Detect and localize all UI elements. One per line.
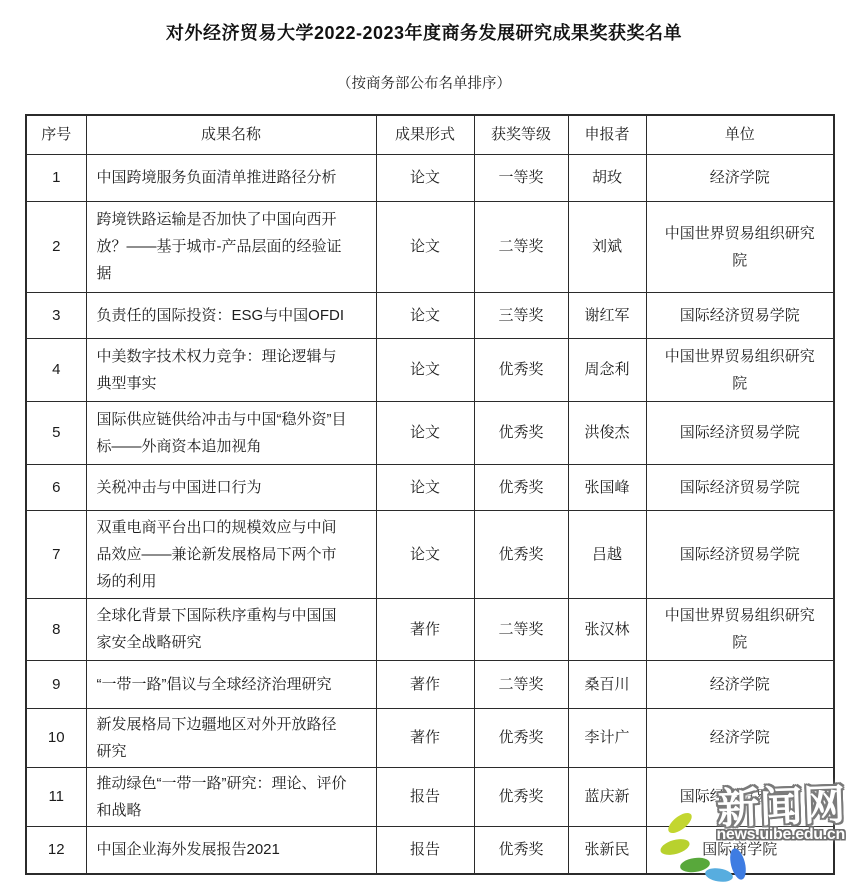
table-row: 1 中国跨境服务负面清单推进路径分析 论文 一等奖 胡玫 经济学院 xyxy=(26,154,834,201)
cell-applicant: 胡玫 xyxy=(568,154,646,201)
header-cell-form: 成果形式 xyxy=(376,115,474,154)
awards-table: 序号 成果名称 成果形式 获奖等级 申报者 单位 1 中国跨境服务负面清单推进路… xyxy=(25,114,835,875)
cell-form: 论文 xyxy=(376,154,474,201)
cell-level: 优秀奖 xyxy=(474,826,568,874)
cell-level: 二等奖 xyxy=(474,598,568,660)
cell-form: 著作 xyxy=(376,708,474,767)
header-cell-unit: 单位 xyxy=(646,115,834,154)
cell-no: 1 xyxy=(26,154,86,201)
header-cell-applicant: 申报者 xyxy=(568,115,646,154)
cell-applicant: 李计广 xyxy=(568,708,646,767)
header-cell-no: 序号 xyxy=(26,115,86,154)
header-cell-name: 成果名称 xyxy=(86,115,376,154)
table-row: 5 国际供应链供给冲击与中国“稳外资”目标——外商资本追加视角 论文 优秀奖 洪… xyxy=(26,401,834,464)
cell-level: 优秀奖 xyxy=(474,767,568,826)
page-title: 对外经济贸易大学2022-2023年度商务发展研究成果奖获奖名单 xyxy=(0,0,848,45)
table-row: 8 全球化背景下国际秩序重构与中国国家安全战略研究 著作 二等奖 张汉林 中国世… xyxy=(26,598,834,660)
cell-name: 推动绿色“一带一路”研究：理论、评价和战略 xyxy=(86,767,376,826)
cell-unit: 中国世界贸易组织研究院 xyxy=(646,598,834,660)
cell-applicant: 张国峰 xyxy=(568,464,646,510)
cell-unit: 国际经济贸易学院 xyxy=(646,510,834,598)
cell-form: 论文 xyxy=(376,338,474,401)
table-row: 10 新发展格局下边疆地区对外开放路径研究 著作 优秀奖 李计广 经济学院 xyxy=(26,708,834,767)
cell-form: 著作 xyxy=(376,660,474,708)
cell-level: 优秀奖 xyxy=(474,708,568,767)
cell-applicant: 谢红军 xyxy=(568,292,646,338)
cell-no: 9 xyxy=(26,660,86,708)
cell-applicant: 张汉林 xyxy=(568,598,646,660)
cell-name: 中美数字技术权力竞争：理论逻辑与典型事实 xyxy=(86,338,376,401)
cell-name: 关税冲击与中国进口行为 xyxy=(86,464,376,510)
cell-name: 双重电商平台出口的规模效应与中间品效应——兼论新发展格局下两个市场的利用 xyxy=(86,510,376,598)
cell-name: 中国企业海外发展报告2021 xyxy=(86,826,376,874)
cell-name: 全球化背景下国际秩序重构与中国国家安全战略研究 xyxy=(86,598,376,660)
cell-name: 负责任的国际投资：ESG与中国OFDI xyxy=(86,292,376,338)
cell-applicant: 周念利 xyxy=(568,338,646,401)
cell-applicant: 洪俊杰 xyxy=(568,401,646,464)
cell-no: 11 xyxy=(26,767,86,826)
cell-level: 二等奖 xyxy=(474,201,568,292)
cell-name: 国际供应链供给冲击与中国“稳外资”目标——外商资本追加视角 xyxy=(86,401,376,464)
cell-form: 论文 xyxy=(376,201,474,292)
cell-level: 优秀奖 xyxy=(474,338,568,401)
table-row: 7 双重电商平台出口的规模效应与中间品效应——兼论新发展格局下两个市场的利用 论… xyxy=(26,510,834,598)
cell-unit: 国际经济贸易学院 xyxy=(646,292,834,338)
cell-no: 12 xyxy=(26,826,86,874)
cell-name: 中国跨境服务负面清单推进路径分析 xyxy=(86,154,376,201)
cell-no: 5 xyxy=(26,401,86,464)
cell-unit: 中国世界贸易组织研究院 xyxy=(646,201,834,292)
cell-applicant: 刘斌 xyxy=(568,201,646,292)
cell-form: 论文 xyxy=(376,401,474,464)
cell-form: 报告 xyxy=(376,826,474,874)
cell-form: 著作 xyxy=(376,598,474,660)
cell-no: 3 xyxy=(26,292,86,338)
cell-form: 论文 xyxy=(376,510,474,598)
table-row: 2 跨境铁路运输是否加快了中国向西开放？——基于城市-产品层面的经验证据 论文 … xyxy=(26,201,834,292)
cell-unit: 经济学院 xyxy=(646,660,834,708)
cell-form: 报告 xyxy=(376,767,474,826)
cell-level: 优秀奖 xyxy=(474,510,568,598)
table-row: 11 推动绿色“一带一路”研究：理论、评价和战略 报告 优秀奖 蓝庆新 国际经济… xyxy=(26,767,834,826)
table-row: 12 中国企业海外发展报告2021 报告 优秀奖 张新民 国际商学院 xyxy=(26,826,834,874)
cell-unit: 国际商学院 xyxy=(646,826,834,874)
table-row: 6 关税冲击与中国进口行为 论文 优秀奖 张国峰 国际经济贸易学院 xyxy=(26,464,834,510)
cell-applicant: 桑百川 xyxy=(568,660,646,708)
cell-name: “一带一路”倡议与全球经济治理研究 xyxy=(86,660,376,708)
table-row: 4 中美数字技术权力竞争：理论逻辑与典型事实 论文 优秀奖 周念利 中国世界贸易… xyxy=(26,338,834,401)
cell-level: 一等奖 xyxy=(474,154,568,201)
cell-no: 4 xyxy=(26,338,86,401)
cell-no: 8 xyxy=(26,598,86,660)
cell-applicant: 吕越 xyxy=(568,510,646,598)
page-subtitle: （按商务部公布名单排序） xyxy=(0,72,848,93)
header-cell-level: 获奖等级 xyxy=(474,115,568,154)
cell-name: 跨境铁路运输是否加快了中国向西开放？——基于城市-产品层面的经验证据 xyxy=(86,201,376,292)
cell-no: 2 xyxy=(26,201,86,292)
table-row: 9 “一带一路”倡议与全球经济治理研究 著作 二等奖 桑百川 经济学院 xyxy=(26,660,834,708)
table-header-row: 序号 成果名称 成果形式 获奖等级 申报者 单位 xyxy=(26,115,834,154)
cell-unit: 国际经济贸易学院 xyxy=(646,464,834,510)
cell-unit: 中国世界贸易组织研究院 xyxy=(646,338,834,401)
cell-form: 论文 xyxy=(376,464,474,510)
cell-no: 10 xyxy=(26,708,86,767)
cell-level: 优秀奖 xyxy=(474,464,568,510)
cell-level: 二等奖 xyxy=(474,660,568,708)
cell-level: 优秀奖 xyxy=(474,401,568,464)
cell-unit: 国际经济贸易学院 xyxy=(646,401,834,464)
cell-unit: 经济学院 xyxy=(646,154,834,201)
cell-form: 论文 xyxy=(376,292,474,338)
cell-no: 7 xyxy=(26,510,86,598)
cell-unit: 经济学院 xyxy=(646,708,834,767)
cell-no: 6 xyxy=(26,464,86,510)
cell-applicant: 张新民 xyxy=(568,826,646,874)
cell-unit: 国际经济贸易学院 xyxy=(646,767,834,826)
table-row: 3 负责任的国际投资：ESG与中国OFDI 论文 三等奖 谢红军 国际经济贸易学… xyxy=(26,292,834,338)
cell-name: 新发展格局下边疆地区对外开放路径研究 xyxy=(86,708,376,767)
cell-level: 三等奖 xyxy=(474,292,568,338)
cell-applicant: 蓝庆新 xyxy=(568,767,646,826)
